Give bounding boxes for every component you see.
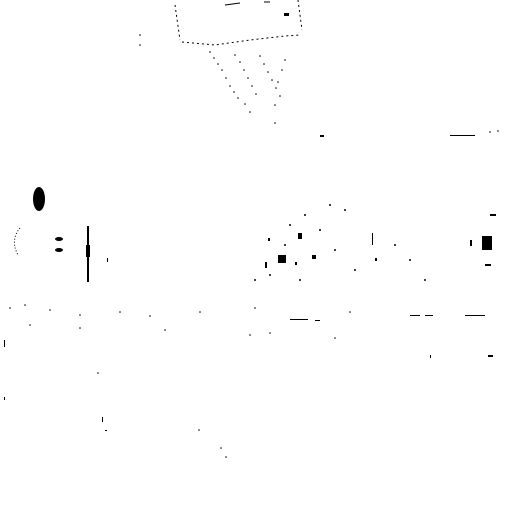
floor-line <box>4 304 493 358</box>
center-crowd <box>254 135 426 281</box>
lower-specks <box>4 372 227 458</box>
basketball-hoop-backboard <box>175 0 302 45</box>
photo-scene <box>0 0 512 512</box>
thresholded-photo <box>0 0 512 512</box>
left-figure <box>14 187 108 282</box>
basketball-net <box>139 34 286 124</box>
right-figure <box>450 130 499 266</box>
